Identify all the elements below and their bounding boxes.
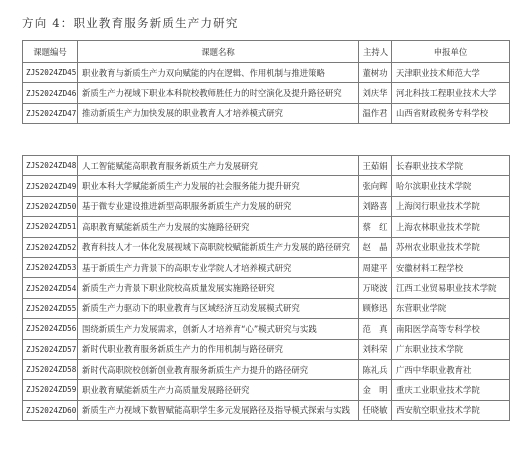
project-code-cell: ZJS2024ZD54 [23,278,78,298]
project-unit-cell: 广东职业技术学院 [392,339,510,359]
table-row: ZJS2024ZD49职业本科大学赋能新质生产力发展的社会服务能力提升研究张向辉… [23,176,510,196]
project-host-cell: 刘科荣 [359,339,392,359]
project-host-cell: 董树功 [359,63,392,83]
project-code-cell: ZJS2024ZD53 [23,257,78,277]
project-title-cell: 职业教育与新质生产力双向赋能的内在逻辑、作用机制与推进策略 [78,63,359,83]
project-host-cell: 温作君 [359,103,392,123]
table-row: ZJS2024ZD60新质生产力视域下数智赋能高职学生多元发展路径及指导模式探索… [23,400,510,420]
project-title-cell: 新质生产力视域下数智赋能高职学生多元发展路径及指导模式探索与实践 [78,400,359,420]
project-title-cell: 职业教育赋能新质生产力高质量发展路径研究 [78,380,359,400]
project-code-cell: ZJS2024ZD58 [23,359,78,379]
column-header-code: 课题编号 [23,41,78,63]
table-row: ZJS2024ZD45职业教育与新质生产力双向赋能的内在逻辑、作用机制与推进策略… [23,63,510,83]
project-title-cell: 新质生产力视域下职业本科院校教师胜任力的时空演化及提升路径研究 [78,83,359,103]
table-row: ZJS2024ZD47推动新质生产力加快发展的职业教育人才培养模式研究温作君山西… [23,103,510,123]
table-row: ZJS2024ZD50基于微专业建设推进新型高职服务新质生产力发展的研究刘路喜上… [23,196,510,216]
project-title-cell: 新时代高职院校创新创业教育服务新质生产力提升的路径研究 [78,359,359,379]
project-code-cell: ZJS2024ZD49 [23,176,78,196]
project-code-cell: ZJS2024ZD55 [23,298,78,318]
project-host-cell: 王茹娟 [359,156,392,176]
project-title-cell: 基于微专业建设推进新型高职服务新质生产力发展的研究 [78,196,359,216]
project-unit-cell: 长春职业技术学院 [392,156,510,176]
project-title-cell: 新质生产力背景下职业院校高质量发展实施路径研究 [78,278,359,298]
project-unit-cell: 上海闵行职业技术学院 [392,196,510,216]
project-title-cell: 新时代职业教育服务新质生产力的作用机制与路径研究 [78,339,359,359]
project-host-cell: 范 真 [359,319,392,339]
project-host-cell: 刘路喜 [359,196,392,216]
table-row: ZJS2024ZD53基于新质生产力背景下的高职专业学院人才培养模式研究周建平安… [23,257,510,277]
project-unit-cell: 江西工业贸易职业技术学院 [392,278,510,298]
project-host-cell: 万晓波 [359,278,392,298]
table-row: ZJS2024ZD56围绕新质生产力发展需求，创新人才培养育“心”模式研究与实践… [23,319,510,339]
table-header-row: 课题编号 课题名称 主持人 申报单位 [23,41,510,63]
table-2-body: ZJS2024ZD48人工智能赋能高职教育服务新质生产力发展研究王茹娟长春职业技… [23,156,510,421]
project-unit-cell: 东营职业学院 [392,298,510,318]
project-host-cell: 陈礼兵 [359,359,392,379]
project-table-1: 课题编号 课题名称 主持人 申报单位 ZJS2024ZD45职业教育与新质生产力… [22,40,510,124]
project-code-cell: ZJS2024ZD51 [23,217,78,237]
project-code-cell: ZJS2024ZD56 [23,319,78,339]
table-1-body: ZJS2024ZD45职业教育与新质生产力双向赋能的内在逻辑、作用机制与推进策略… [23,63,510,124]
column-header-title: 课题名称 [78,41,359,63]
project-code-cell: ZJS2024ZD59 [23,380,78,400]
project-title-cell: 新质生产力驱动下的职业教育与区域经济互动发展模式研究 [78,298,359,318]
table-row: ZJS2024ZD54新质生产力背景下职业院校高质量发展实施路径研究万晓波江西工… [23,278,510,298]
column-header-unit: 申报单位 [392,41,510,63]
column-header-host: 主持人 [359,41,392,63]
table-row: ZJS2024ZD51高职教育赋能新质生产力发展的实施路径研究蔡 红上海农林职业… [23,217,510,237]
project-unit-cell: 广西中华职业教育社 [392,359,510,379]
project-title-cell: 职业本科大学赋能新质生产力发展的社会服务能力提升研究 [78,176,359,196]
project-title-cell: 高职教育赋能新质生产力发展的实施路径研究 [78,217,359,237]
project-host-cell: 金 明 [359,380,392,400]
table-row: ZJS2024ZD48人工智能赋能高职教育服务新质生产力发展研究王茹娟长春职业技… [23,156,510,176]
project-host-cell: 蔡 红 [359,217,392,237]
project-unit-cell: 山西省财政税务专科学校 [392,103,510,123]
project-title-cell: 人工智能赋能高职教育服务新质生产力发展研究 [78,156,359,176]
project-host-cell: 张向辉 [359,176,392,196]
table-row: ZJS2024ZD59职业教育赋能新质生产力高质量发展路径研究金 明重庆工业职业… [23,380,510,400]
project-unit-cell: 河北科技工程职业技术大学 [392,83,510,103]
project-host-cell: 任晓敏 [359,400,392,420]
project-code-cell: ZJS2024ZD45 [23,63,78,83]
project-code-cell: ZJS2024ZD48 [23,156,78,176]
project-code-cell: ZJS2024ZD47 [23,103,78,123]
project-code-cell: ZJS2024ZD50 [23,196,78,216]
project-host-cell: 顾修迅 [359,298,392,318]
table-row: ZJS2024ZD46新质生产力视域下职业本科院校教师胜任力的时空演化及提升路径… [23,83,510,103]
project-unit-cell: 哈尔滨职业技术学院 [392,176,510,196]
project-code-cell: ZJS2024ZD57 [23,339,78,359]
section-heading: 方向 4：职业教育服务新质生产力研究 [22,15,239,31]
project-code-cell: ZJS2024ZD46 [23,83,78,103]
project-unit-cell: 南阳医学高等专科学校 [392,319,510,339]
project-host-cell: 赵 晶 [359,237,392,257]
project-table-2: ZJS2024ZD48人工智能赋能高职教育服务新质生产力发展研究王茹娟长春职业技… [22,155,510,421]
project-title-cell: 教育科技人才一体化发展视域下高职院校赋能新质生产力发展的路径研究 [78,237,359,257]
table-row: ZJS2024ZD55新质生产力驱动下的职业教育与区域经济互动发展模式研究顾修迅… [23,298,510,318]
table-row: ZJS2024ZD58新时代高职院校创新创业教育服务新质生产力提升的路径研究陈礼… [23,359,510,379]
table-row: ZJS2024ZD57新时代职业教育服务新质生产力的作用机制与路径研究刘科荣广东… [23,339,510,359]
project-unit-cell: 重庆工业职业技术学院 [392,380,510,400]
project-unit-cell: 安徽材料工程学校 [392,257,510,277]
project-unit-cell: 西安航空职业技术学院 [392,400,510,420]
project-unit-cell: 上海农林职业技术学院 [392,217,510,237]
project-code-cell: ZJS2024ZD60 [23,400,78,420]
project-title-cell: 围绕新质生产力发展需求，创新人才培养育“心”模式研究与实践 [78,319,359,339]
project-unit-cell: 苏州农业职业技术学院 [392,237,510,257]
project-unit-cell: 天津职业技术师范大学 [392,63,510,83]
project-host-cell: 周建平 [359,257,392,277]
table-row: ZJS2024ZD52教育科技人才一体化发展视域下高职院校赋能新质生产力发展的路… [23,237,510,257]
project-title-cell: 基于新质生产力背景下的高职专业学院人才培养模式研究 [78,257,359,277]
project-host-cell: 刘庆华 [359,83,392,103]
project-title-cell: 推动新质生产力加快发展的职业教育人才培养模式研究 [78,103,359,123]
project-code-cell: ZJS2024ZD52 [23,237,78,257]
